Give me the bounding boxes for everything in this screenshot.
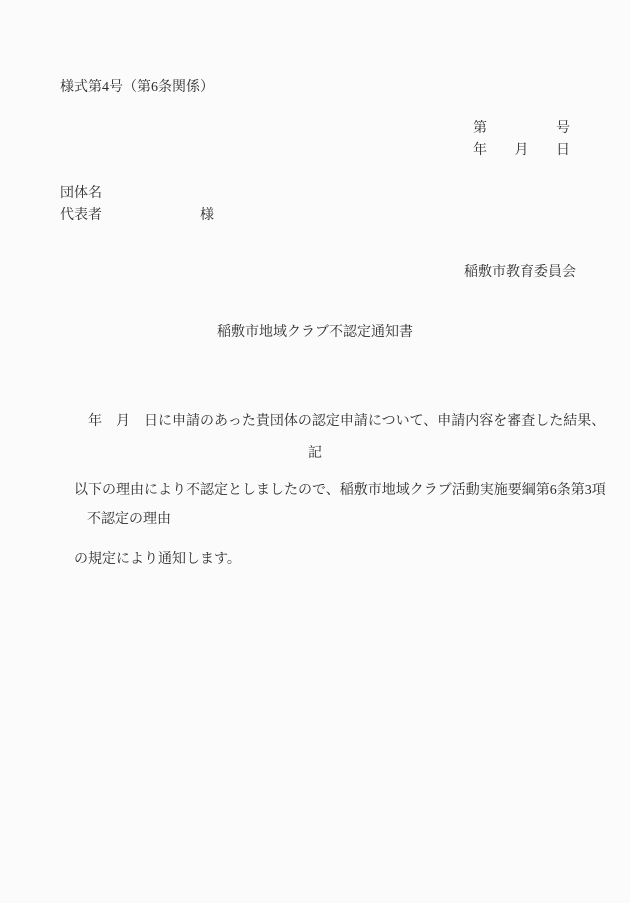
- document-number-line: 第 号: [473, 121, 570, 137]
- sender-name: 稲敷市教育委員会: [464, 265, 576, 281]
- date-line: 年 月 日: [473, 143, 570, 159]
- record-marker: 記: [0, 446, 630, 462]
- honorific-label: 様: [200, 208, 214, 224]
- body-line-2: 以下の理由により不認定としましたので、稲敷市地域クラブ活動実施要綱第6条第3項: [74, 479, 606, 502]
- document-number-suffix: 号: [556, 121, 570, 137]
- form-number-label: 様式第4号（第6条関係）: [60, 80, 214, 96]
- document-title: 稲敷市地域クラブ不認定通知書: [0, 325, 630, 341]
- date-day-label: 日: [556, 143, 570, 159]
- document-number-prefix: 第: [473, 121, 487, 137]
- reason-label: 不認定の理由: [87, 512, 171, 528]
- body-line-1: 年 月 日に申請のあった貴団体の認定申請について、申請内容を審査した結果、: [74, 410, 606, 433]
- group-name-label: 団体名: [60, 186, 102, 202]
- date-year-label: 年: [473, 143, 487, 159]
- representative-label: 代表者: [60, 208, 102, 224]
- body-paragraph: 年 月 日に申請のあった貴団体の認定申請について、申請内容を審査した結果、 以下…: [74, 364, 606, 617]
- document-page: 様式第4号（第6条関係） 第 号 年 月 日 団体名 代表者 様 稲敷市教育委員…: [0, 0, 630, 903]
- date-month-label: 月: [515, 143, 529, 159]
- body-line-3: の規定により通知します。: [74, 548, 606, 571]
